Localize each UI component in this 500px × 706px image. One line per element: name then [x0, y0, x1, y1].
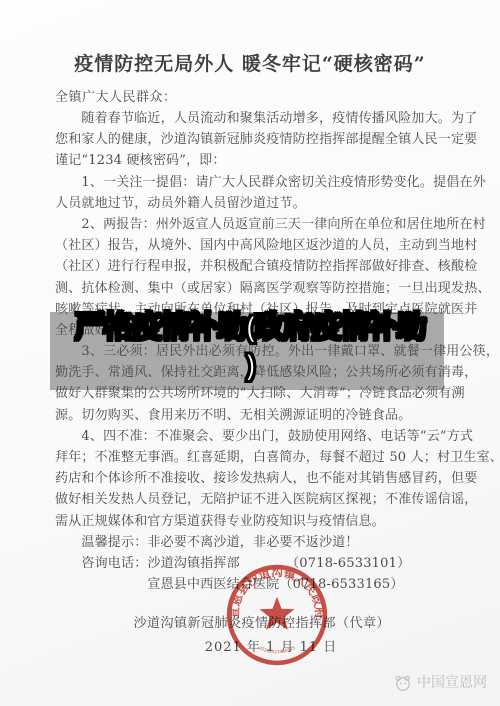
document-line: 4、四不准：不准聚会、要少出门，鼓励使用网络、电话等“云”方式: [55, 426, 459, 447]
headline-line-2: ): [0, 347, 500, 385]
document-line: 2、两报告：州外返宣人员返宣前三天一律向所在单位和居住地所在村: [55, 214, 459, 235]
headline-overlay-text: 严格疫情补助(政府疫情补助 ): [0, 309, 500, 385]
government-seal: 宣恩县沙道沟镇人民政府 42282521080305: [224, 562, 330, 668]
document-line: （社区）报告，从境外、国内中高风险地区返沙道的人员，主动到当地村: [55, 235, 459, 256]
document-title: 疫情防控无局外人 暖冬牢记“硬核密码”: [0, 49, 500, 76]
watermark-label: 中国宣恩网: [417, 672, 487, 692]
signature-issuer: 沙道沟镇新冠肺炎疫情防控指挥部（代章）: [0, 612, 390, 631]
document-line: 源。切勿购买、食用来历不明、无相关溯源证明的冷链食品。: [55, 405, 459, 426]
document-line: 需从正规媒体和官方渠道获得专业防疫知识与疫情信息。: [55, 511, 459, 532]
document-line: 人员就地过节，动员外籍人员留沙道过节。: [55, 193, 459, 214]
document-line: 1、一关注一提倡：请广大人民群众密切关注疫情形势变化。提倡在外: [55, 172, 459, 193]
document-line: 药店和个体诊所不准接收、接诊发热病人，也不能对其销售感冒药，但要: [55, 468, 459, 489]
document-line: 做好相关发热人员登记，无陪护证不进入医院病区探视；不准传谣信谣，: [55, 489, 459, 510]
document-line: （社区）进行行程申报，并积极配合镇疫情防控指挥部做好排查、核酸检: [55, 256, 459, 277]
document-line: 您和家人的健康，沙道沟镇新冠肺炎疫情防控指挥部提醒全镇人民一定要: [55, 129, 459, 150]
document-line: 测、抗体检测、集中（或居家）隔离医学观察等防控措施；一旦出现发热、: [55, 278, 459, 299]
site-logo-icon: [393, 673, 412, 692]
document-salutation: 全镇广大人民群众：: [55, 86, 177, 105]
document-line: 温馨提示：非必要不离沙道，非必要不返沙道！: [55, 532, 459, 553]
seal-star-icon: [260, 597, 295, 630]
document-line: 随着春节临近，人员流动和聚集活动增多，疫情传播风险加大。为了: [55, 108, 459, 129]
document-line: 拜年；不准整无事酒。红喜延期，白喜简办，每餐不超过 50 人；村卫生室、: [55, 447, 459, 468]
watermark: 中国宣恩网: [393, 671, 487, 693]
headline-line-1: 严格疫情补助(政府疫情补助: [0, 309, 500, 347]
document-line: 谨记“1234 硬核密码”，即：: [55, 150, 459, 171]
seal-serial-number: 42282521080305: [258, 645, 297, 655]
